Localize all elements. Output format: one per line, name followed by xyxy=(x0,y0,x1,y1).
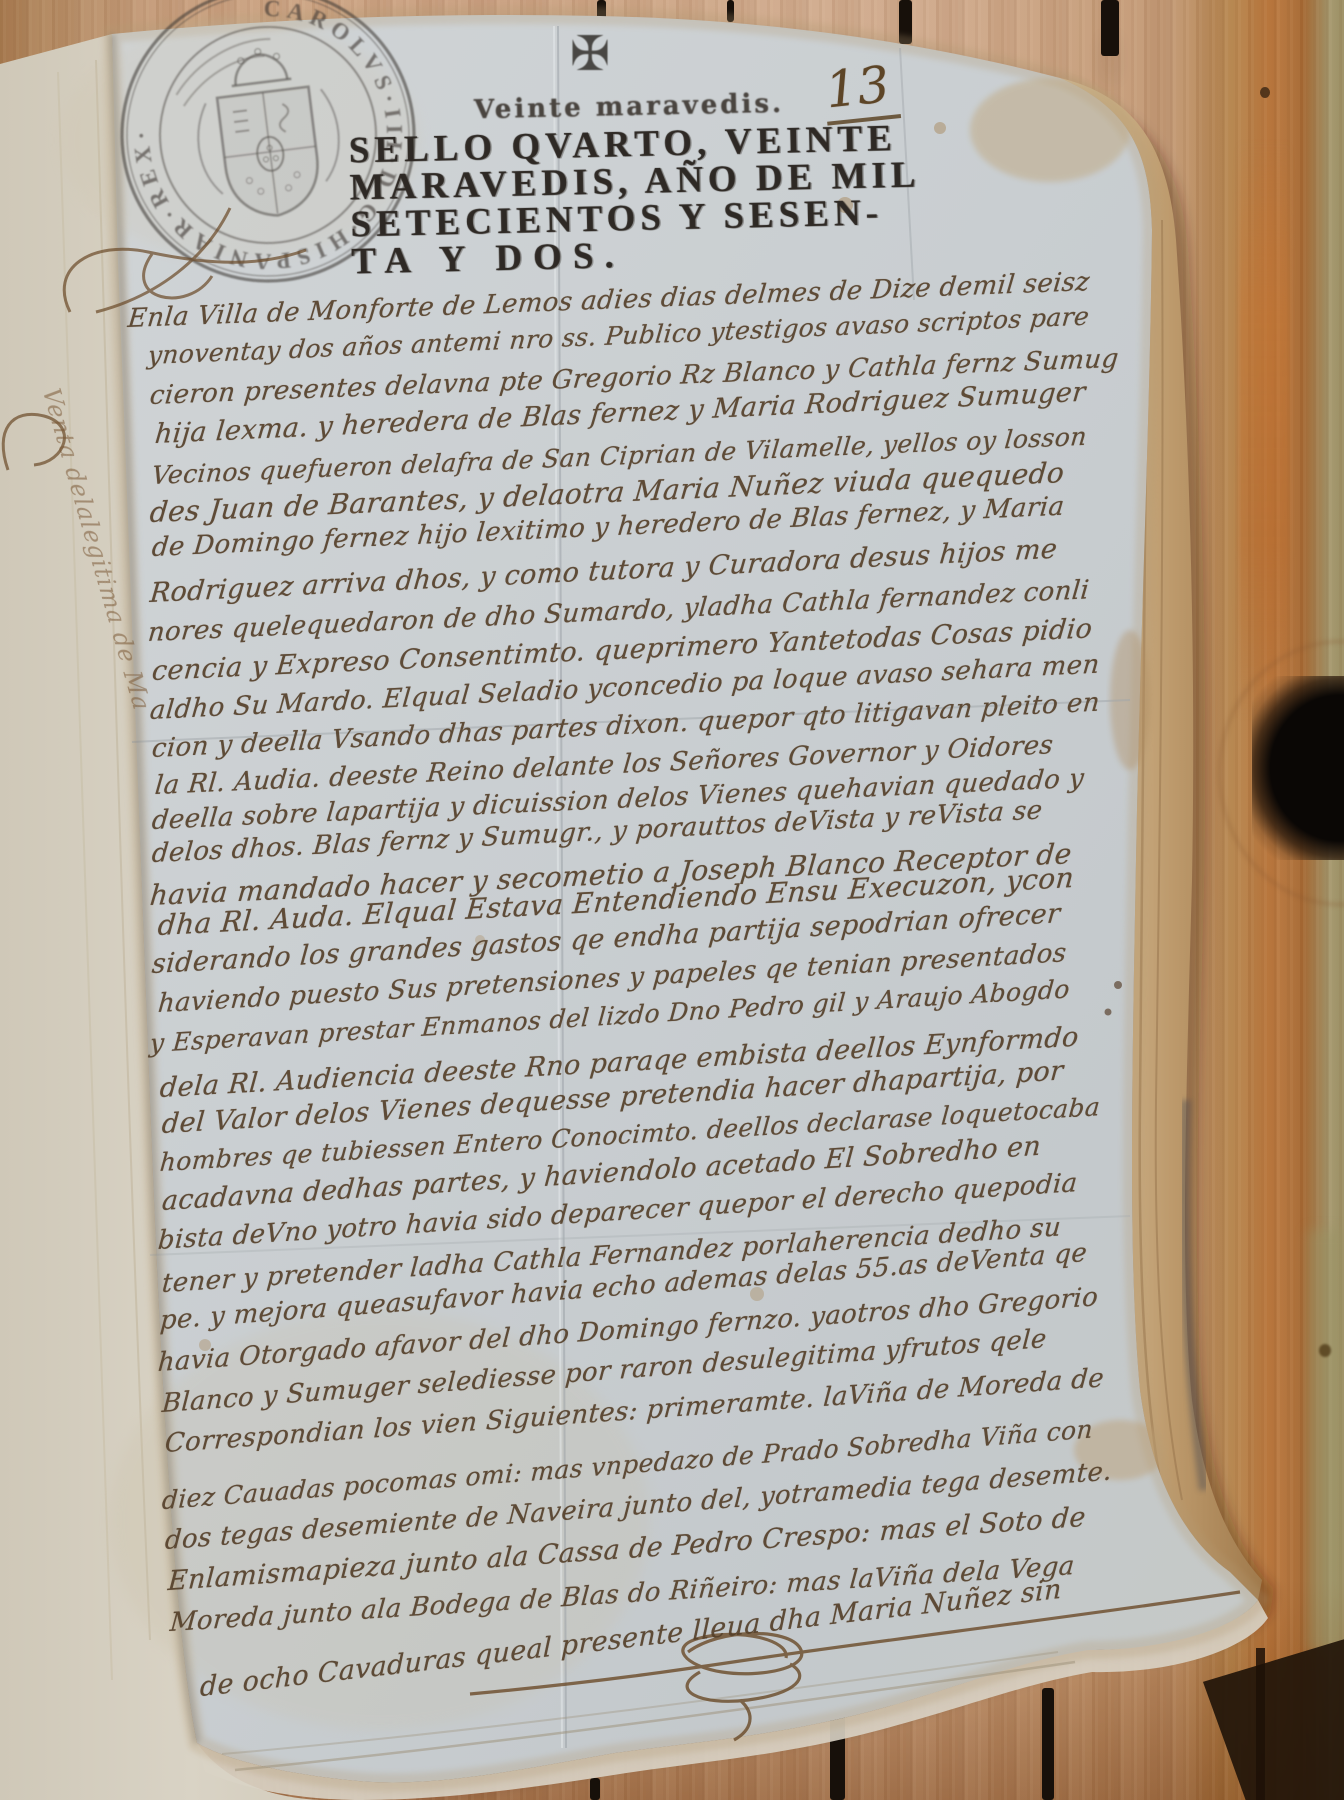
page-content: ✠ Veinte maravedis. 13 SELLO QVARTO, VEI… xyxy=(0,0,1344,1800)
manuscript-text: Enla Villa de Monforte de Lemos adies di… xyxy=(0,0,1344,1800)
photographed-manuscript: CAROLVS·III·D·G·HISPANIAR·REX· xyxy=(0,0,1344,1800)
